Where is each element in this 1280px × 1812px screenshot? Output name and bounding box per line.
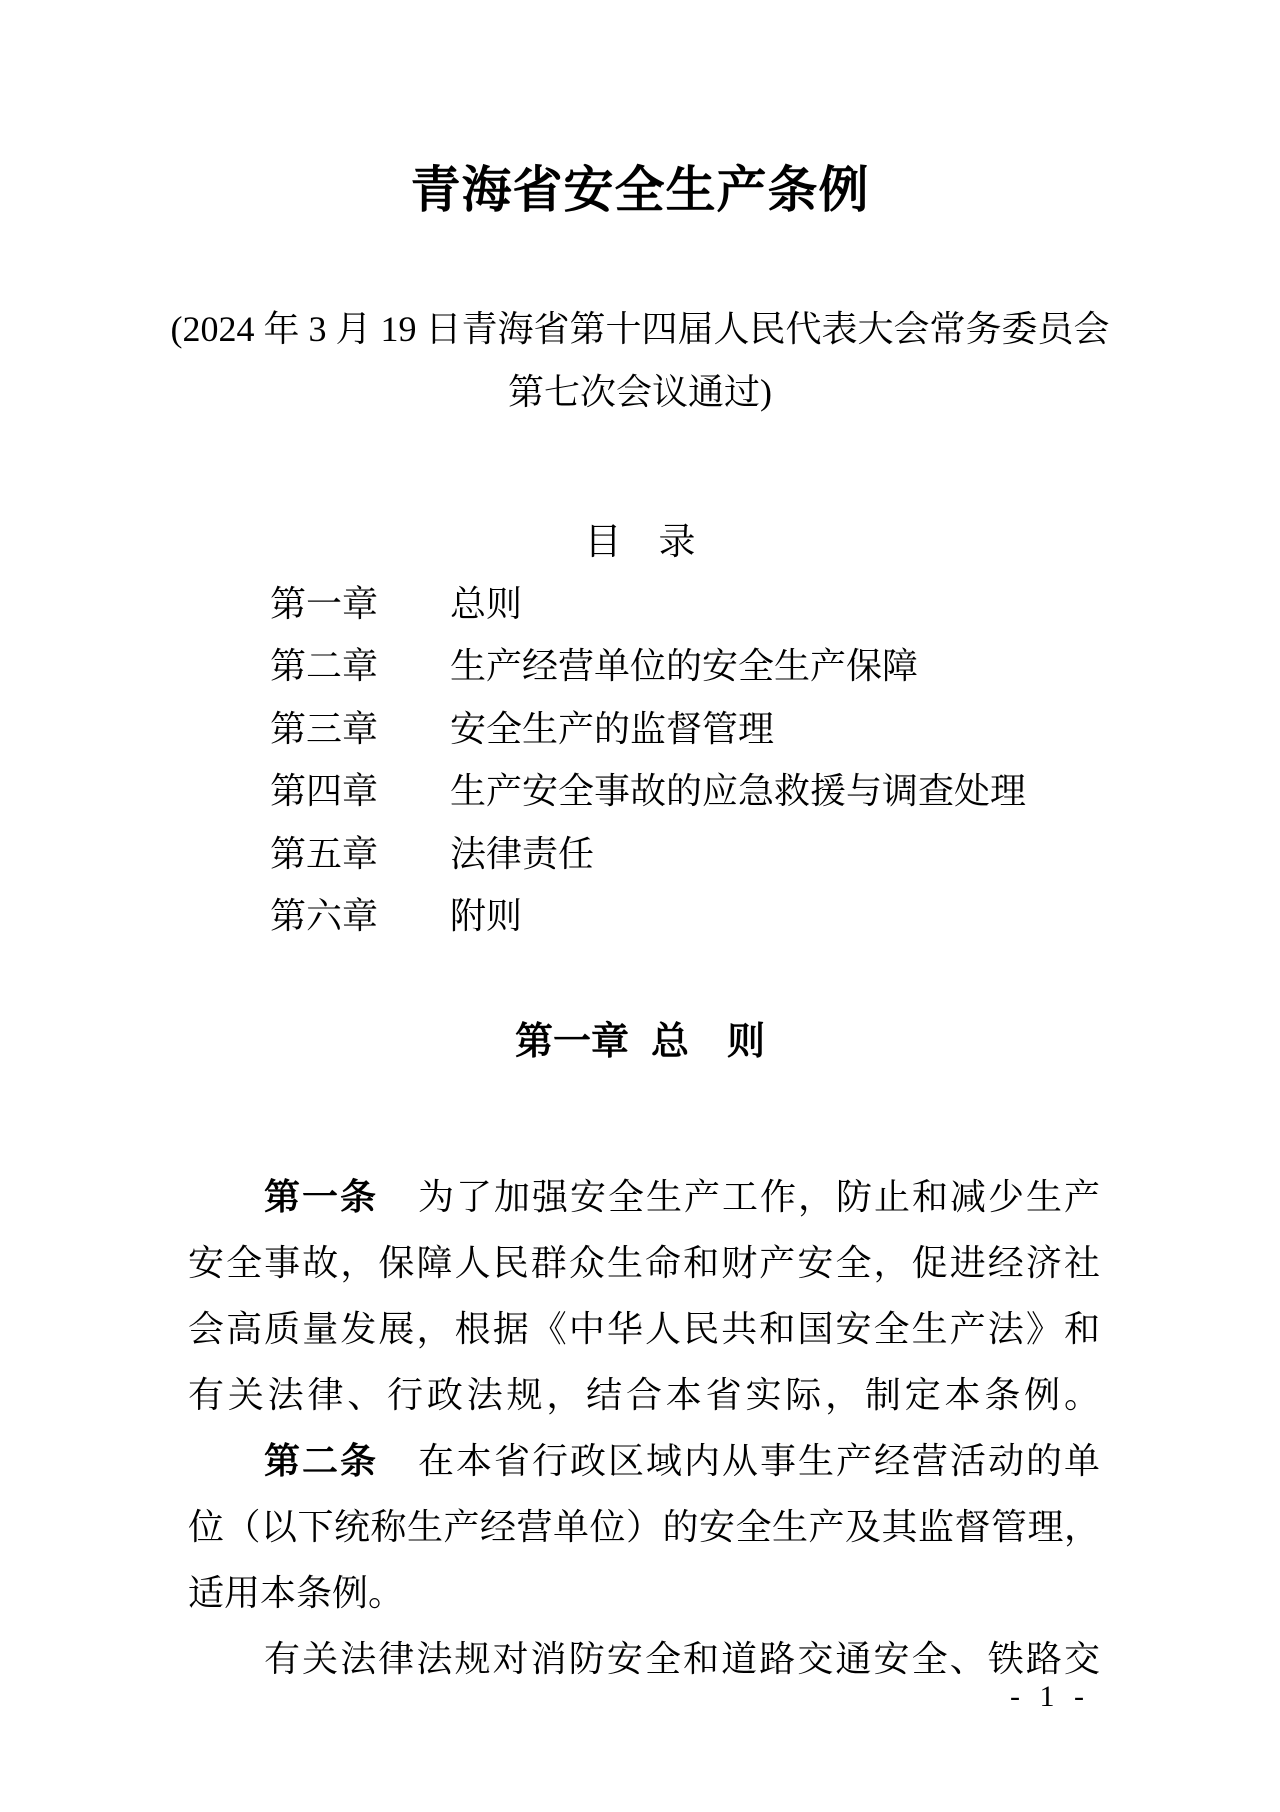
toc-chapter-title: 法律责任 bbox=[450, 826, 594, 877]
toc-chapter-title: 附则 bbox=[450, 888, 522, 939]
document-title: 青海省安全生产条例 bbox=[0, 150, 1280, 222]
toc-item-chapter2: 第二章生产经营单位的安全生产保障 bbox=[270, 638, 918, 689]
article1-number: 第一条 bbox=[264, 1176, 378, 1217]
toc-chapter-number: 第一章 bbox=[270, 576, 378, 627]
toc-chapter-number: 第三章 bbox=[270, 701, 378, 752]
toc-chapter-title: 生产安全事故的应急救援与调查处理 bbox=[450, 763, 1026, 814]
toc-chapter-number: 第六章 bbox=[270, 888, 378, 939]
toc-item-chapter5: 第五章法律责任 bbox=[270, 826, 594, 877]
article2-line1: 第二条在本省行政区域内从事生产经营活动的单 bbox=[188, 1438, 1100, 1485]
toc-chapter-title: 安全生产的监督管理 bbox=[450, 701, 774, 752]
toc-heading: 目 录 bbox=[0, 511, 1280, 565]
chapter1-heading-number: 第一章 bbox=[515, 1021, 629, 1063]
chapter1-heading: 第一章总 则 bbox=[0, 1010, 1280, 1065]
subtitle-line1: (2024 年 3 月 19 日青海省第十四届人民代表大会常务委员会 bbox=[0, 301, 1280, 352]
toc-item-chapter6: 第六章附则 bbox=[270, 888, 522, 939]
chapter1-heading-title: 总 则 bbox=[651, 1021, 765, 1063]
subtitle-line2: 第七次会议通过) bbox=[0, 364, 1280, 415]
toc-chapter-title: 生产经营单位的安全生产保障 bbox=[450, 638, 918, 689]
article1-line3: 会高质量发展，根据《中华人民共和国安全生产法》和 bbox=[188, 1306, 1100, 1353]
toc-chapter-number: 第四章 bbox=[270, 763, 378, 814]
toc-chapter-number: 第五章 bbox=[270, 826, 378, 877]
toc-item-chapter1: 第一章总则 bbox=[270, 576, 522, 627]
article2-text: 在本省行政区域内从事生产经营活动的单 bbox=[418, 1441, 1100, 1481]
article1-line1: 第一条为了加强安全生产工作，防止和减少生产 bbox=[188, 1174, 1100, 1221]
article1-line2: 安全事故，保障人民群众生命和财产安全，促进经济社 bbox=[188, 1240, 1100, 1287]
toc-item-chapter4: 第四章生产安全事故的应急救援与调查处理 bbox=[270, 763, 1026, 814]
toc-chapter-title: 总则 bbox=[450, 576, 522, 627]
page-number: - 1 - bbox=[1010, 1680, 1090, 1714]
document-page: 青海省安全生产条例 (2024 年 3 月 19 日青海省第十四届人民代表大会常… bbox=[0, 0, 1280, 1812]
article2-number: 第二条 bbox=[264, 1440, 378, 1481]
article1-text: 为了加强安全生产工作，防止和减少生产 bbox=[418, 1177, 1100, 1217]
toc-chapter-number: 第二章 bbox=[270, 638, 378, 689]
toc-item-chapter3: 第三章安全生产的监督管理 bbox=[270, 701, 774, 752]
article2-line3: 适用本条例。 bbox=[188, 1570, 1100, 1617]
article2-line2: 位（以下统称生产经营单位）的安全生产及其监督管理， bbox=[188, 1504, 1100, 1551]
article2-paragraph2-line1: 有关法律法规对消防安全和道路交通安全、铁路交 bbox=[188, 1636, 1100, 1683]
article1-line4: 有关法律、行政法规，结合本省实际，制定本条例。 bbox=[188, 1372, 1100, 1419]
